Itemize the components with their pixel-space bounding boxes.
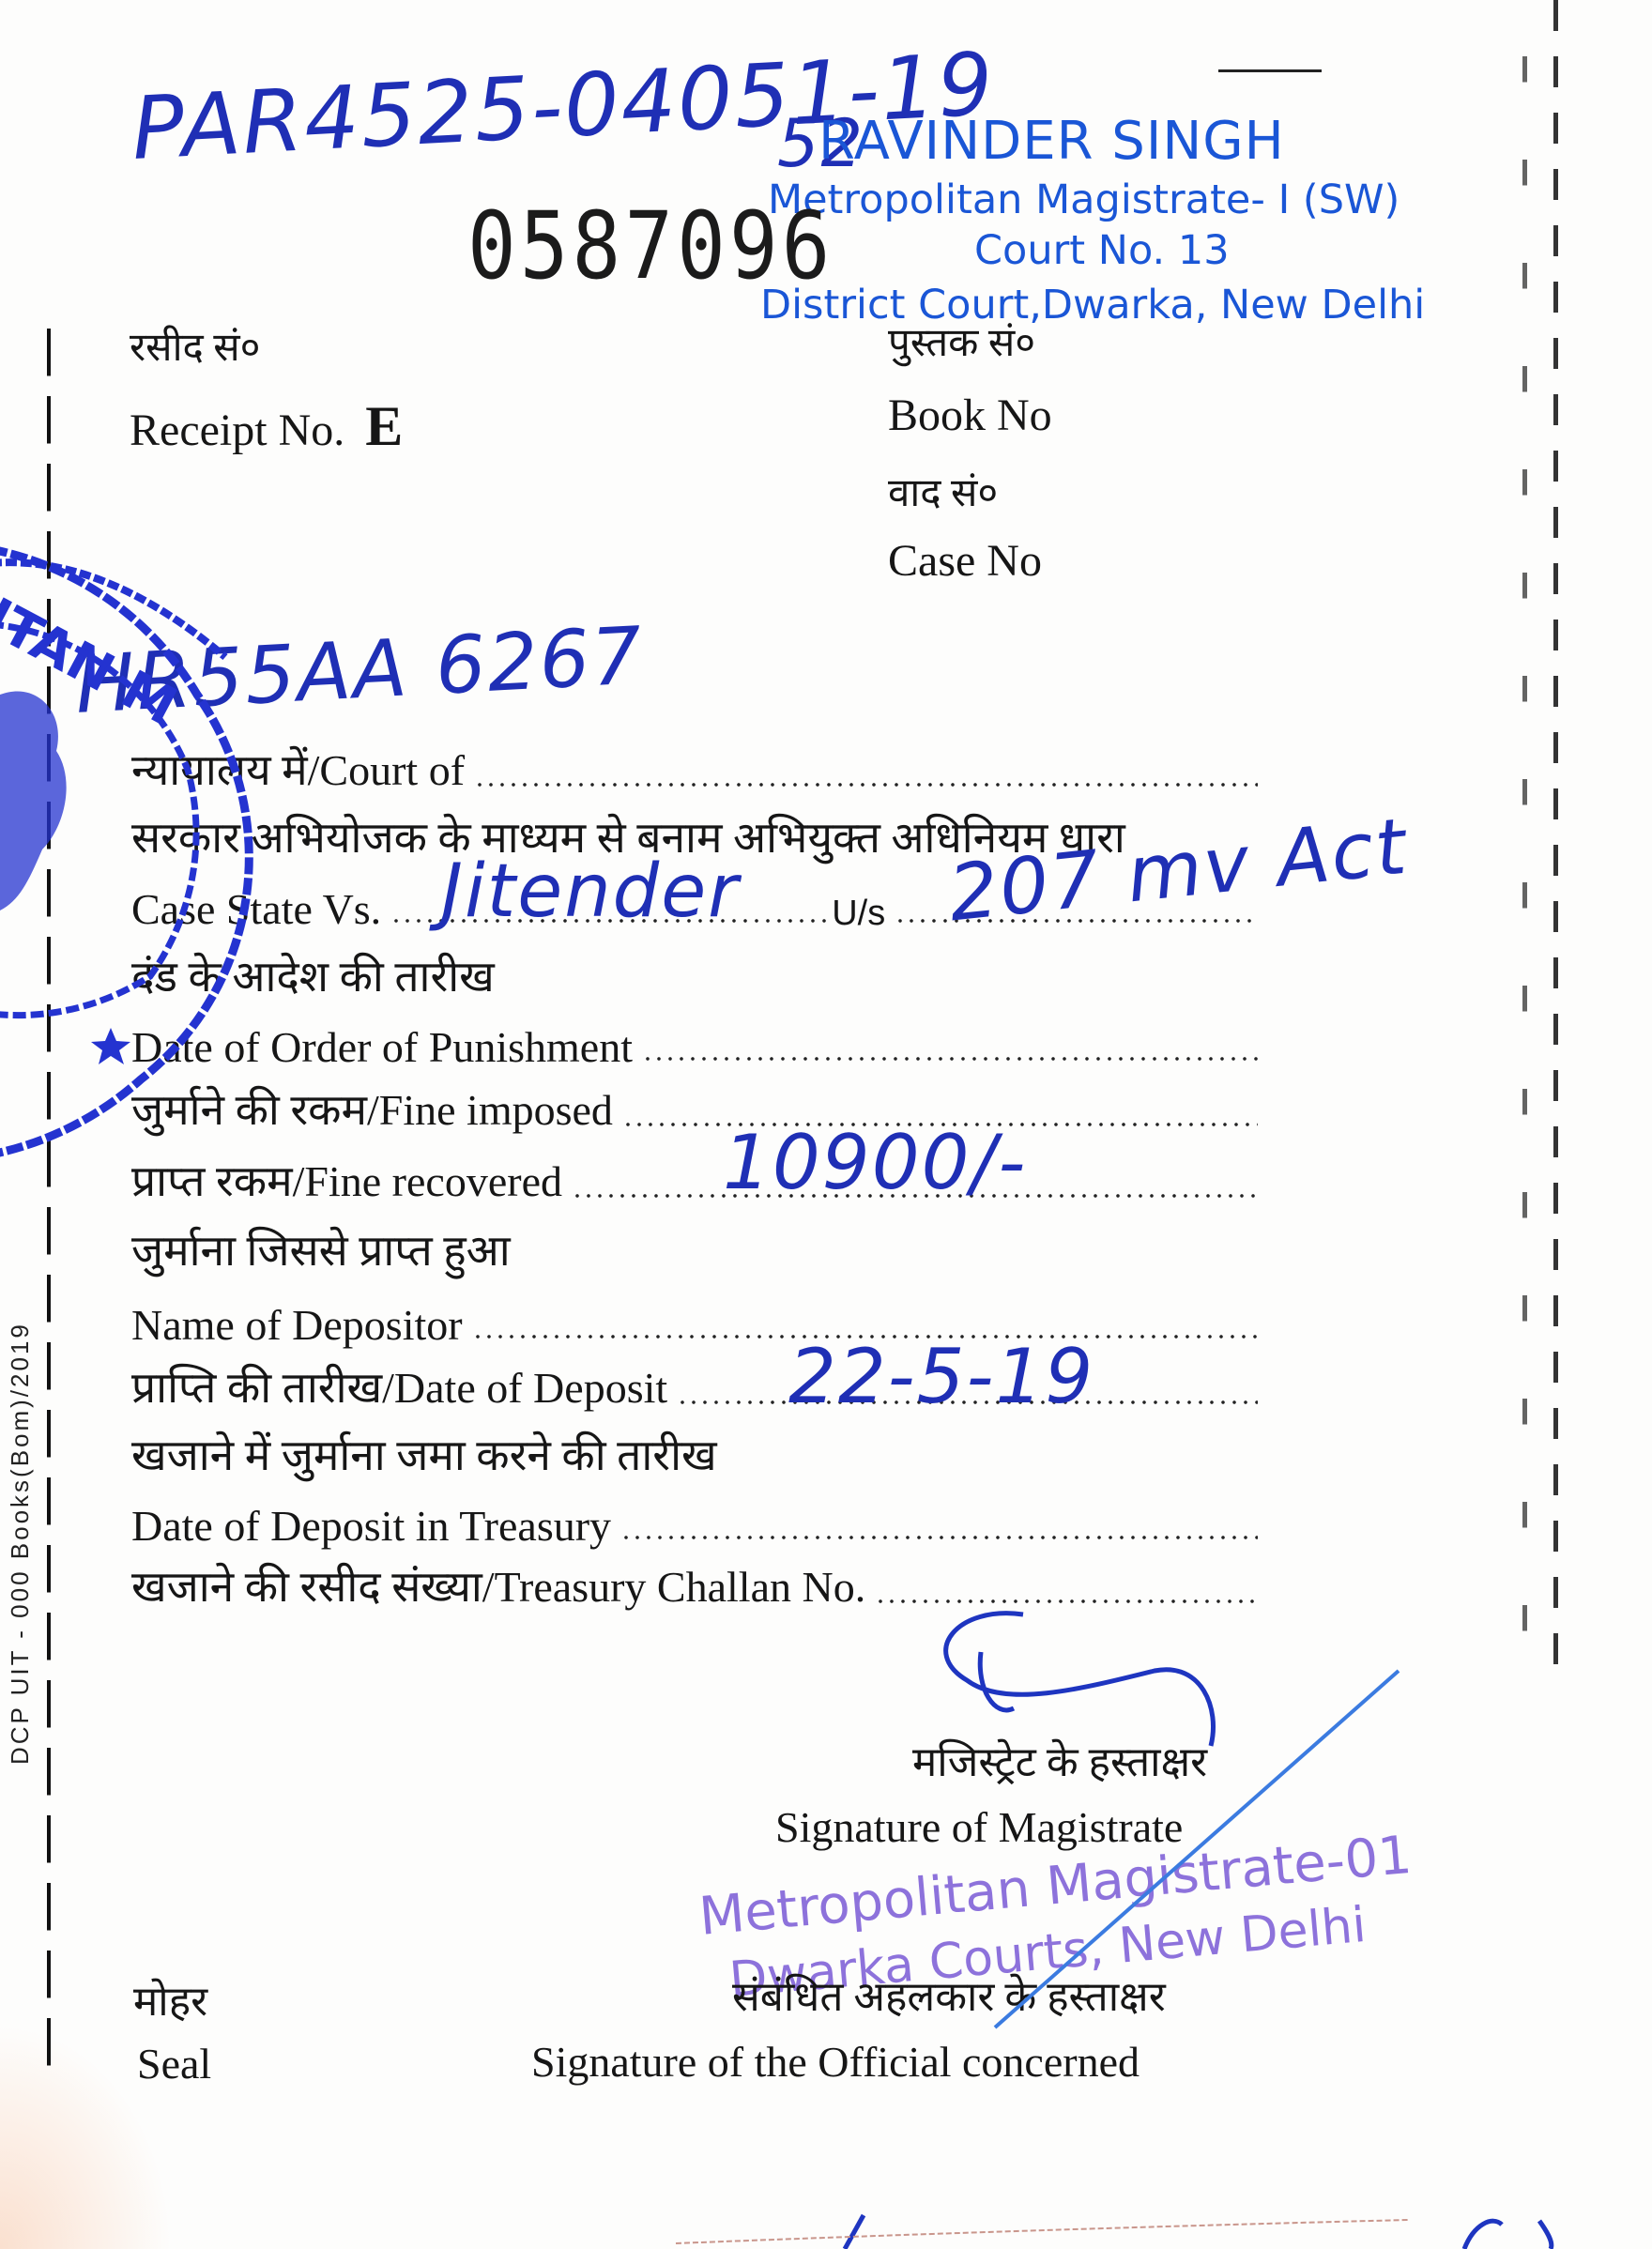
perforation-left <box>47 329 51 2074</box>
case-state-vs-label: Case State Vs. <box>131 884 381 934</box>
fine-imposed-label: जुर्माने की रकम/Fine imposed <box>131 1079 613 1138</box>
fine-recovered-label: प्राप्त रकम/Fine recovered <box>131 1151 562 1209</box>
top-rule <box>1218 69 1322 72</box>
magistrate-signature-hindi: मजिस्ट्रेट के हस्ताक्षर <box>912 1732 1207 1788</box>
receipt-number-field: Receipt No. E <box>130 394 403 459</box>
row-fine-recovered: प्राप्त रकम/Fine recovered <box>131 1153 1258 1209</box>
stamp-judge-name: RAVINDER SINGH <box>818 111 1285 172</box>
treasury-date-field[interactable] <box>620 1536 1258 1539</box>
seal-label-hindi: मोहर <box>133 1971 207 2027</box>
treasury-challan-label: खजाने की रसीद संख्या/Treasury Challan No… <box>131 1556 865 1614</box>
depositor-label: Name of Depositor <box>131 1300 463 1350</box>
book-label-hindi: पुस्तक सं० <box>888 314 1035 368</box>
stamp-court-location: District Court,Dwarka, New Delhi <box>760 282 1425 329</box>
row-court-of: न्यायालय में/Court of <box>131 742 1258 798</box>
receipt-label: Receipt No. <box>130 405 344 455</box>
receipt-label-hindi: रसीद सं० <box>130 319 260 373</box>
receipt-series: E <box>365 395 403 457</box>
row-fine-imposed: जुर्माने की रकम/Fine imposed <box>131 1081 1258 1138</box>
row-order-date-hindi: दंड के आदेश की तारीख <box>131 948 1258 1004</box>
stamp-judge-designation: Metropolitan Magistrate- I (SW) <box>768 176 1400 223</box>
court-of-field[interactable] <box>474 783 1258 787</box>
stamp-court-number: Court No. 13 <box>974 227 1230 274</box>
case-label: Case No <box>888 535 1042 587</box>
court-of-label: न्यायालय में/Court of <box>131 740 465 798</box>
official-signature-hindi: संबंधित अहलकार के हस्ताक्षर <box>732 1966 1166 2023</box>
perforation-right <box>1553 0 1558 1690</box>
perforation-right-inner <box>1522 56 1527 1652</box>
handwritten-accused-name: Jitender <box>441 849 740 934</box>
serial-number: 0587096 <box>467 192 834 300</box>
treasury-date-hindi-label: खजाने में जुर्माना जमा करने की तारीख <box>131 1425 717 1483</box>
book-label: Book No <box>888 390 1052 441</box>
side-print-text: DCP UIT - 000 Books(Bom)/2019 <box>6 1322 35 1765</box>
row-treasury-challan: खजाने की रसीद संख्या/Treasury Challan No… <box>131 1558 1258 1614</box>
seal-label: Seal <box>137 2039 211 2088</box>
order-date-hindi-label: दंड के आदेश की तारीख <box>131 946 495 1004</box>
us-label: U/s <box>832 894 885 934</box>
row-order-date: Date of Order of Punishment <box>131 1016 1258 1072</box>
case-label-hindi: वाद सं० <box>888 465 998 518</box>
row-treasury-date: Date of Deposit in Treasury <box>131 1494 1258 1551</box>
magistrate-signature-label: Signature of Magistrate <box>775 1802 1183 1852</box>
handwritten-deposit-date: 22-5-19 <box>788 1333 1094 1420</box>
row-depositor-hindi: जुर्माना जिससे प्राप्त हुआ <box>131 1222 1258 1278</box>
order-date-label: Date of Order of Punishment <box>131 1022 633 1072</box>
depositor-hindi-label: जुर्माना जिससे प्राप्त हुआ <box>131 1220 511 1278</box>
deposit-date-label: प्राप्ति की तारीख/Date of Deposit <box>131 1357 667 1415</box>
treasury-date-label: Date of Deposit in Treasury <box>131 1501 611 1551</box>
official-signature-label: Signature of the Official concerned <box>531 2037 1140 2087</box>
row-treasury-date-hindi: खजाने में जुर्माना जमा करने की तारीख <box>131 1427 1258 1483</box>
treasury-challan-field[interactable] <box>875 1599 1258 1603</box>
handwritten-fine-recovered: 10900/- <box>723 1119 1027 1206</box>
order-date-field[interactable] <box>642 1057 1258 1061</box>
